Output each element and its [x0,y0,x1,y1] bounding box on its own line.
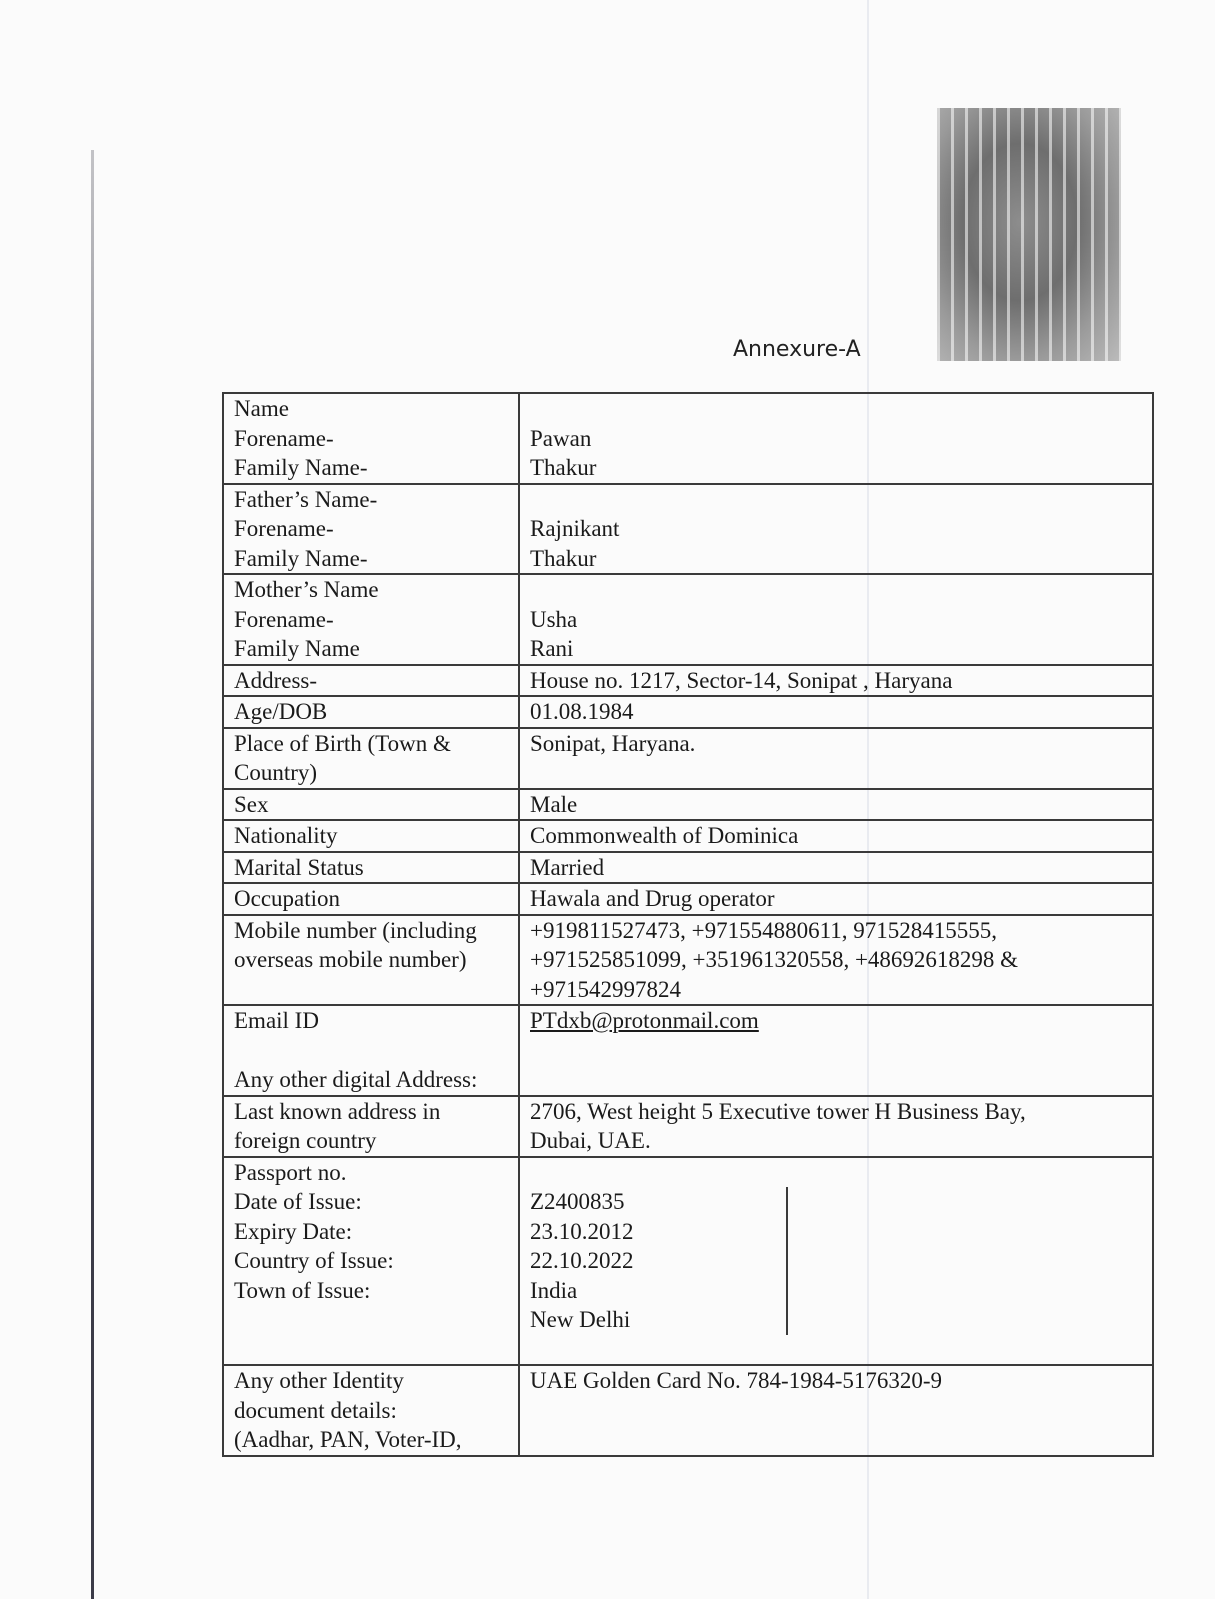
label-foreign-address: Last known address in foreign country [223,1096,519,1157]
value-passport: Z2400835 23.10.2012 22.10.2022 India New… [530,1187,788,1335]
table-row-passport: Passport no. Date of Issue: Expiry Date:… [223,1157,1153,1366]
table-row-nationality: Nationality Commonwealth of Dominica [223,820,1153,852]
table-row-mobile: Mobile number (including overseas mobile… [223,915,1153,1006]
value-email-cell: PTdxb@protonmail.com [519,1005,1153,1096]
value-mobile: +919811527473, +971554880611, 9715284155… [519,915,1153,1006]
table-row-address: Address- House no. 1217, Sector-14, Soni… [223,665,1153,697]
label-email: Email ID Any other digital Address: [223,1005,519,1096]
table-row-marital-status: Marital Status Married [223,852,1153,884]
value-nationality: Commonwealth of Dominica [519,820,1153,852]
label-occupation: Occupation [223,883,519,915]
value-other-identity: UAE Golden Card No. 784-1984-5176320-9 [519,1365,1153,1456]
value-sex: Male [519,789,1153,821]
label-name: Name Forename- Family Name- [223,393,519,484]
page-binding-edge [91,150,94,1599]
table-row-sex: Sex Male [223,789,1153,821]
table-row-foreign-address: Last known address in foreign country 27… [223,1096,1153,1157]
label-mother-name: Mother’s Name Forename- Family Name [223,574,519,665]
value-mother-name: Usha Rani [519,574,1153,665]
table-row-occupation: Occupation Hawala and Drug operator [223,883,1153,915]
label-place-of-birth: Place of Birth (Town & Country) [223,728,519,789]
table-row-dob: Age/DOB 01.08.1984 [223,696,1153,728]
value-foreign-address: 2706, West height 5 Executive tower H Bu… [519,1096,1153,1157]
value-marital-status: Married [519,852,1153,884]
label-passport: Passport no. Date of Issue: Expiry Date:… [223,1157,519,1366]
value-address: House no. 1217, Sector-14, Sonipat , Har… [519,665,1153,697]
value-occupation: Hawala and Drug operator [519,883,1153,915]
personal-details-table: Name Forename- Family Name- Pawan Thakur… [222,392,1154,1457]
label-dob: Age/DOB [223,696,519,728]
annexure-title: Annexure-A [733,337,861,362]
table-row-email: Email ID Any other digital Address: PTdx… [223,1005,1153,1096]
email-link[interactable]: PTdxb@protonmail.com [530,1008,759,1033]
label-nationality: Nationality [223,820,519,852]
subject-photo [937,108,1121,361]
table-row-father-name: Father’s Name- Forename- Family Name- Ra… [223,484,1153,575]
passport-empty-cell [788,1187,1146,1335]
label-sex: Sex [223,789,519,821]
value-place-of-birth: Sonipat, Haryana. [519,728,1153,789]
value-passport-cell: Z2400835 23.10.2012 22.10.2022 India New… [519,1157,1153,1366]
table-row-other-identity: Any other Identity document details: (Aa… [223,1365,1153,1456]
table-row-name: Name Forename- Family Name- Pawan Thakur [223,393,1153,484]
label-mobile: Mobile number (including overseas mobile… [223,915,519,1006]
label-other-identity: Any other Identity document details: (Aa… [223,1365,519,1456]
label-father-name: Father’s Name- Forename- Family Name- [223,484,519,575]
value-dob: 01.08.1984 [519,696,1153,728]
label-address: Address- [223,665,519,697]
table-row-place-of-birth: Place of Birth (Town & Country) Sonipat,… [223,728,1153,789]
table-row-mother-name: Mother’s Name Forename- Family Name Usha… [223,574,1153,665]
value-name: Pawan Thakur [519,393,1153,484]
value-father-name: Rajnikant Thakur [519,484,1153,575]
label-marital-status: Marital Status [223,852,519,884]
